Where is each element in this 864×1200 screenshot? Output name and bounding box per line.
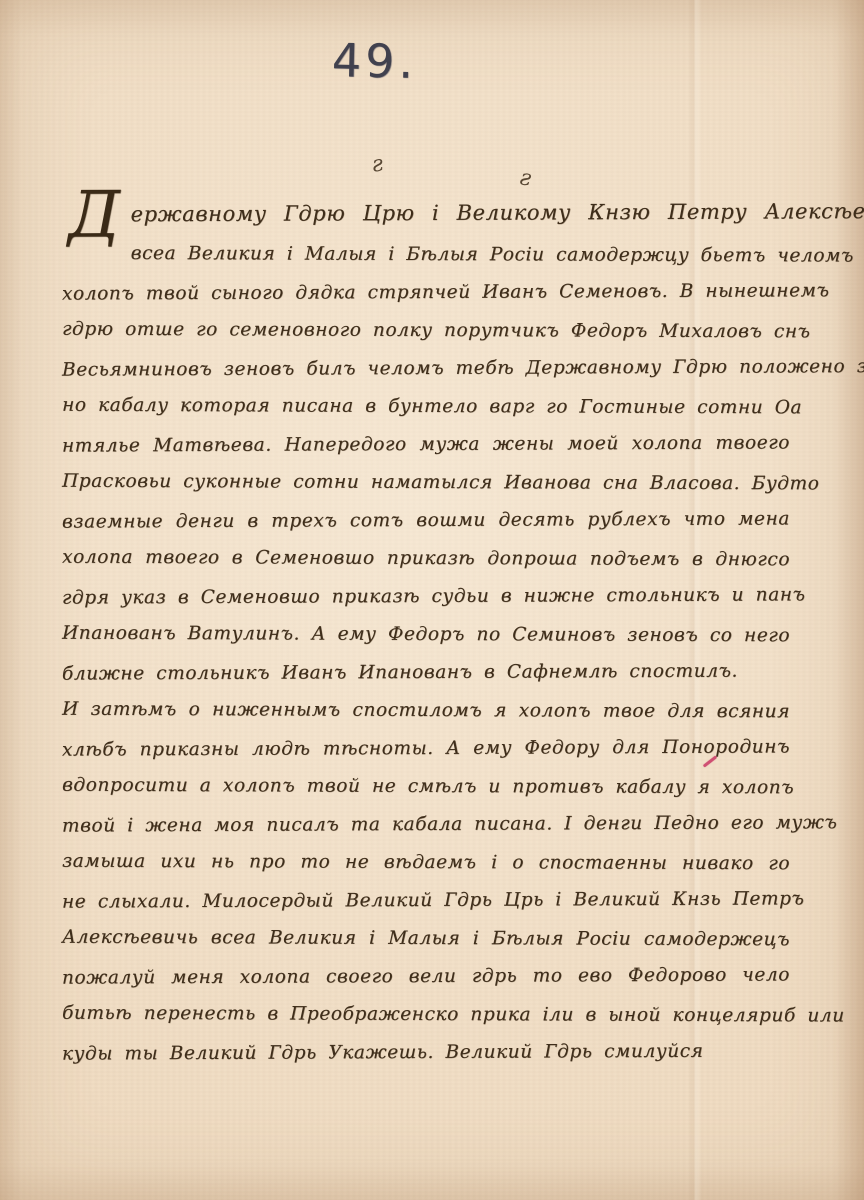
flourish-mark: ꙅ (370, 151, 385, 178)
manuscript-line: холопа твоего в Семеновшо приказѣ допрош… (62, 541, 791, 582)
drop-cap-initial: Д (68, 189, 121, 241)
manuscript-line: твой i жена моя писалъ та кабала писана.… (62, 806, 790, 847)
manuscript-line: Весьямниновъ зеновъ билъ челомъ тебѣ Дер… (62, 350, 790, 391)
manuscript-line: битьѣ перенесть в Преображенско прика iл… (62, 997, 791, 1038)
page-number: 49. (331, 33, 417, 89)
manuscript-line: Ипанованъ Ватулинъ. А ему Федоръ по Семи… (62, 617, 791, 658)
flourish-mark: ꙅ (518, 165, 533, 191)
manuscript-line: всеа Великия i Малыя i Бѣлыя Росiи самод… (34, 237, 791, 278)
manuscript-line: но кабалу которая писана в бунтело варг … (62, 389, 791, 430)
manuscript-line: гдрю отше го семеновного полку порутчикъ… (62, 313, 791, 354)
manuscript-text: Державному Гдрю Црю i Великому Кнзю Петр… (34, 196, 790, 1074)
manuscript-line: холопъ твой сыного дядка стряпчей Иванъ … (62, 274, 790, 315)
manuscript-line: хлѣбъ приказны людѣ тѣсноты. А ему Федор… (62, 730, 790, 771)
manuscript-line: гдря указ в Семеновшо приказѣ судьи в ни… (62, 578, 790, 619)
manuscript-line: пожалуй меня холопа своего вели гдрь то … (62, 958, 790, 999)
manuscript-line: замыша ихи нь про то не вѣдаемъ i о спос… (62, 845, 791, 886)
manuscript-line: ближне стольникъ Иванъ Ипанованъ в Сафне… (62, 654, 790, 695)
manuscript-line: нтялье Матвѣева. Напередого мужа жены мо… (62, 426, 790, 467)
manuscript-page: 49. ꙅ ꙅ Державному Гдрю Црю i Великому К… (0, 0, 864, 1200)
manuscript-line: Державному Гдрю Црю i Великому Кнзю Петр… (68, 194, 790, 239)
manuscript-line: Прасковьи суконные сотни наматылся Ивано… (62, 465, 791, 506)
manuscript-line: куды ты Великий Гдрь Укажешь. Великий Гд… (62, 1034, 790, 1075)
manuscript-line: Алексѣевичь всеа Великия i Малыя i Бѣлыя… (62, 921, 791, 962)
manuscript-line: вдопросити а холопъ твой не смѣлъ и прот… (62, 769, 791, 810)
manuscript-line: не слыхали. Милосердый Великий Гдрь Црь … (62, 882, 790, 923)
manuscript-line: И затѣмъ о ниженнымъ спостиломъ я холопъ… (62, 693, 791, 734)
manuscript-line: взаемные денги в трехъ сотъ вошми десять… (62, 502, 790, 543)
